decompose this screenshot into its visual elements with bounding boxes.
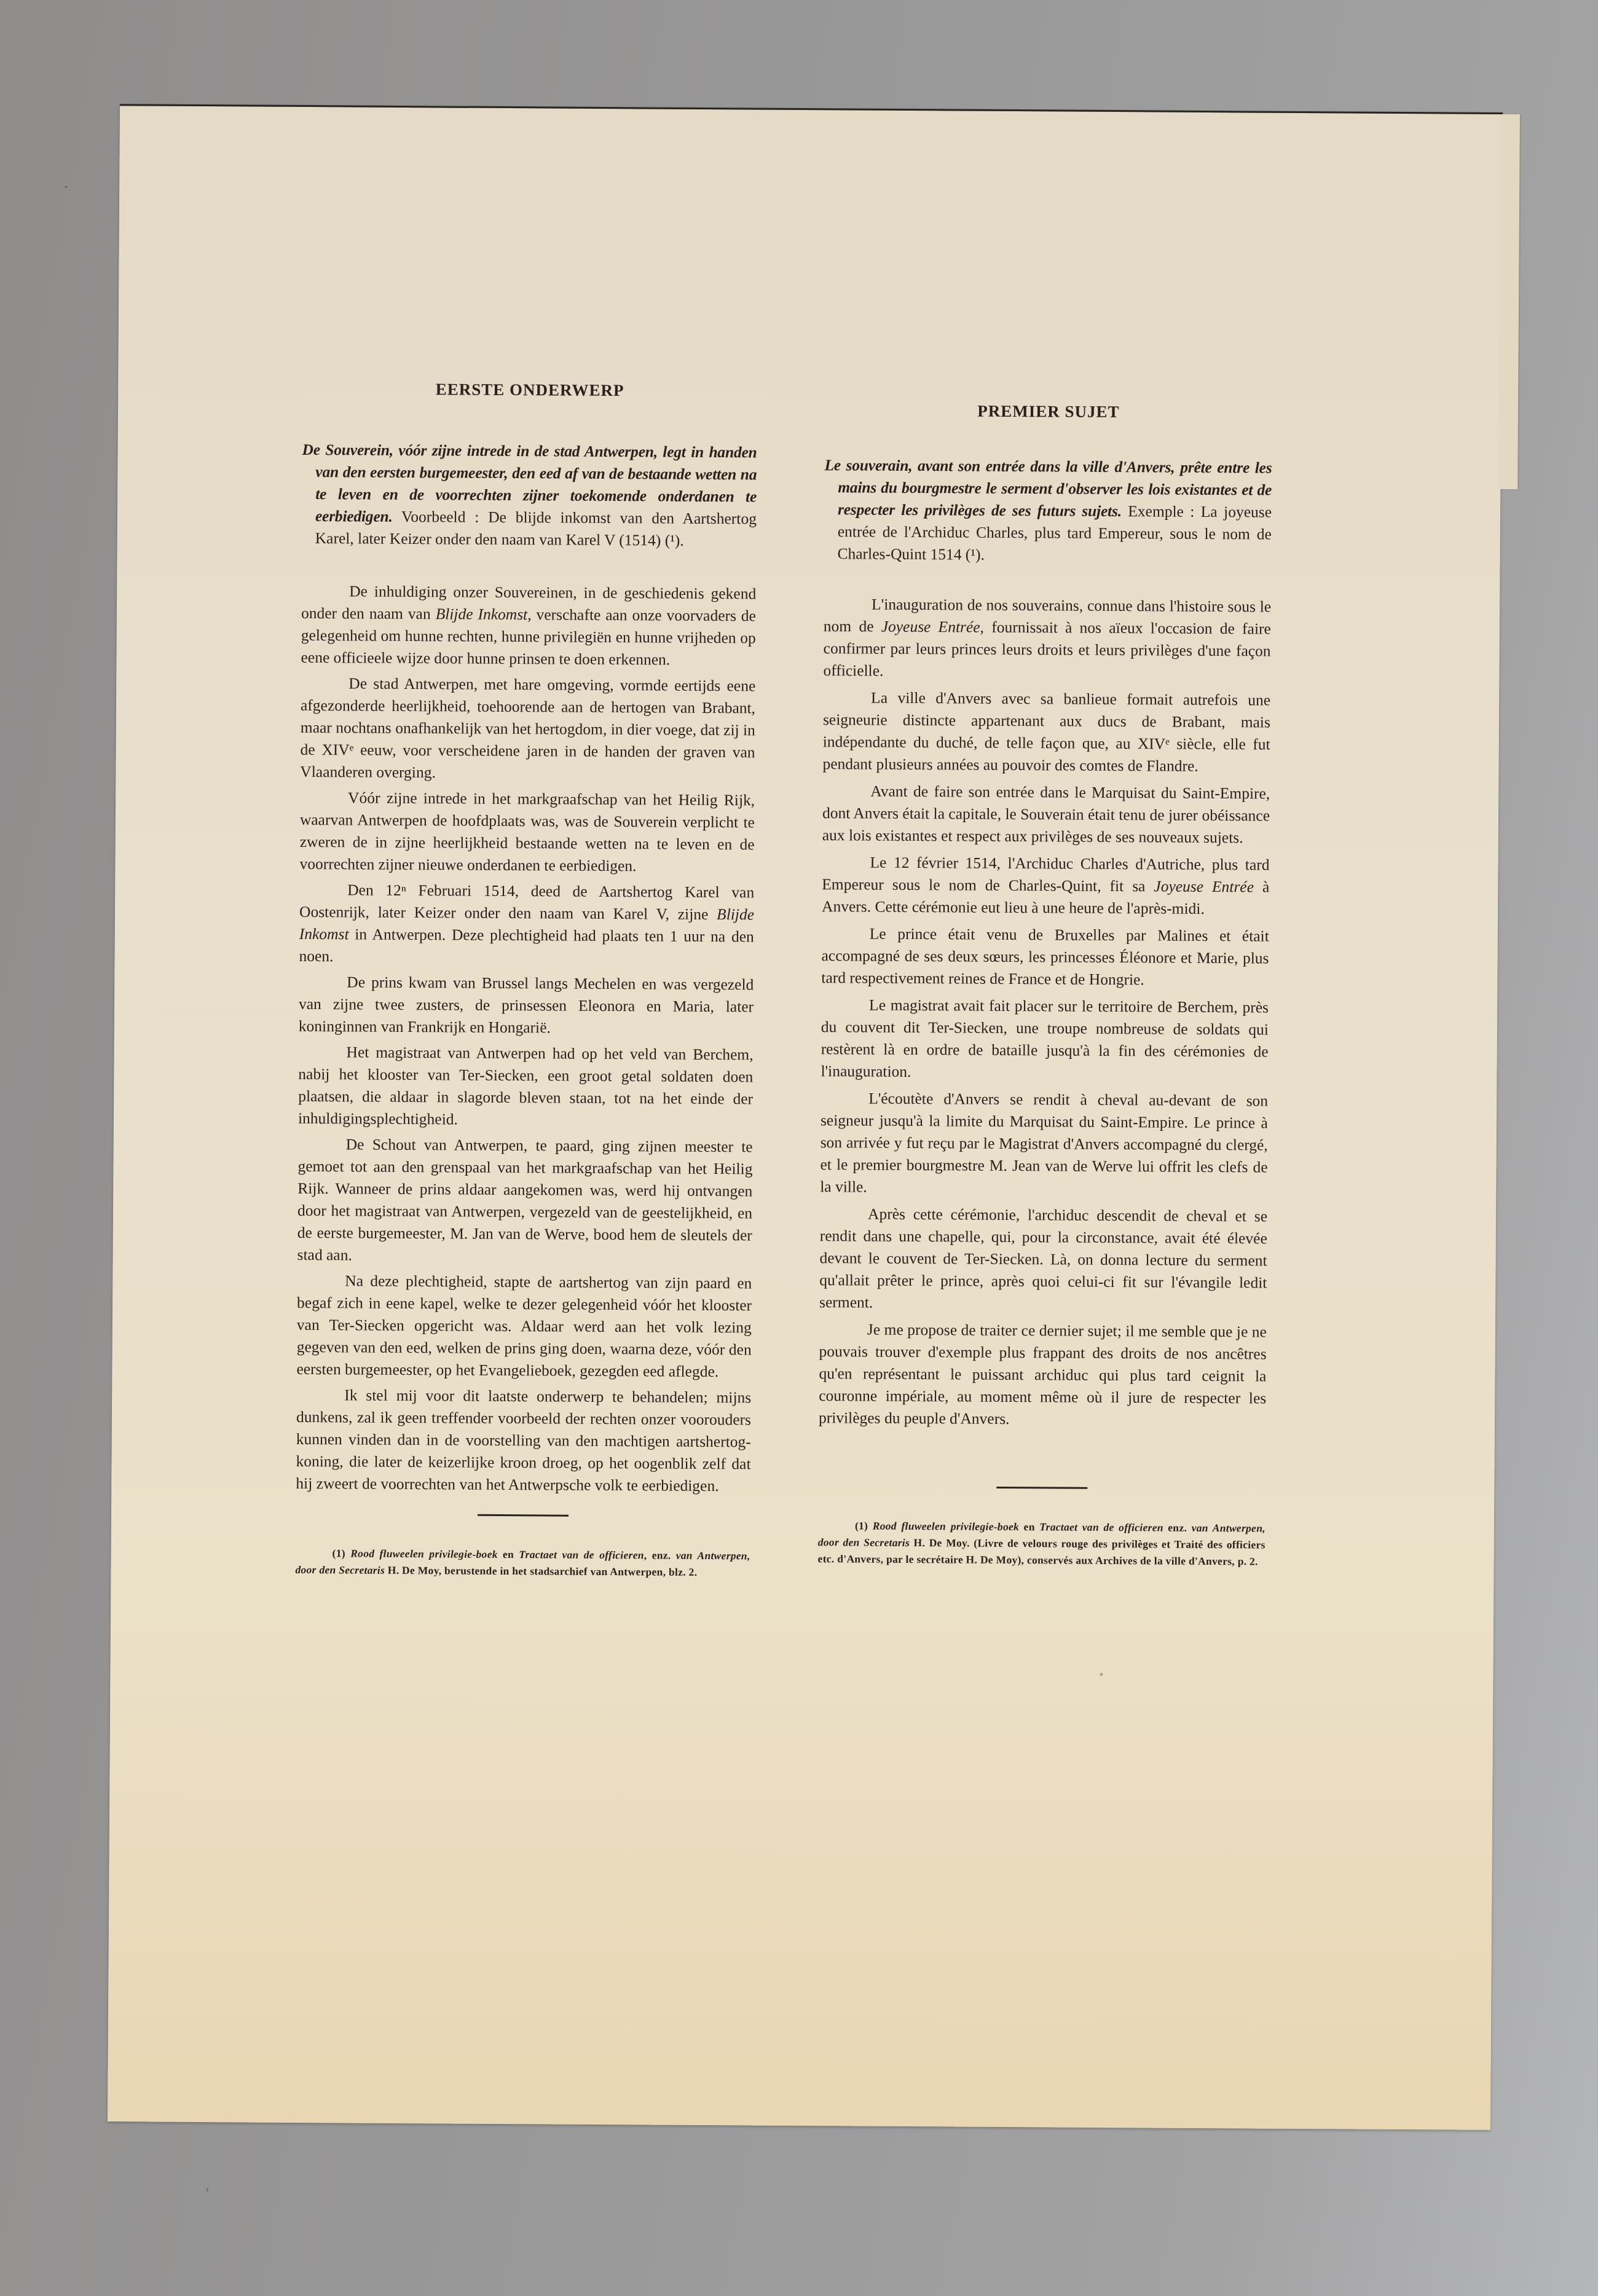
french-paragraph: Le prince était venu de Bruxelles par Ma…: [821, 922, 1269, 991]
dutch-paragraph: De Schout van Antwerpen, te paard, ging …: [297, 1133, 753, 1269]
dutch-paragraph: De inhuldiging onzer Souvereinen, in de …: [301, 580, 756, 672]
french-paragraph: L'inauguration de nos souverains, connue…: [823, 593, 1271, 684]
french-heading: PREMIER SUJET: [825, 399, 1272, 423]
french-paragraph: Avant de faire son entrée dans le Marqui…: [822, 780, 1270, 849]
dutch-paragraph: Na deze plechtigheid, stapte de aartsher…: [296, 1270, 752, 1383]
french-footnote: (1) Rood fluweelen privilegie-boek en Tr…: [818, 1517, 1265, 1570]
dutch-heading: EERSTE ONDERWERP: [302, 377, 757, 403]
french-body: L'inauguration de nos souverains, connue…: [819, 593, 1271, 1436]
dutch-paragraph: Den 12ⁿ Februari 1514, deed de Aartshert…: [299, 879, 754, 970]
french-paragraph: Le magistrat avait fait placer sur le te…: [821, 994, 1269, 1085]
french-paragraph: Le 12 février 1514, l'Archiduc Charles d…: [822, 851, 1270, 920]
dutch-intro: De Souverein, vóór zijne intrede in de s…: [302, 439, 757, 552]
printed-page: EERSTE ONDERWERP De Souverein, vóór zijn…: [108, 104, 1503, 2130]
dutch-paragraph: Ik stel mij voor dit laatste onderwerp t…: [296, 1384, 751, 1498]
french-paragraph: Je me propose de traiter ce dernier suje…: [819, 1318, 1267, 1431]
paper-edge-flap: [1499, 114, 1520, 489]
dutch-paragraph: De stad Antwerpen, met hare omgeving, vo…: [300, 672, 755, 786]
french-intro: Le souverain, avant son entrée dans la v…: [824, 454, 1272, 567]
french-paragraph: La ville d'Anvers avec sa banlieue forma…: [822, 686, 1270, 777]
french-footnote-rule: [996, 1487, 1087, 1489]
paper-speck: [1100, 1673, 1103, 1676]
background-speck: [207, 2188, 208, 2192]
dutch-paragraph: De prins kwam van Brussel langs Mechelen…: [299, 971, 754, 1040]
background-speck: [65, 186, 68, 188]
dutch-footnote: (1) Rood fluweelen privilegie-boek en Tr…: [295, 1545, 750, 1581]
dutch-body: De inhuldiging onzer Souvereinen, in de …: [296, 580, 756, 1497]
french-column: PREMIER SUJET Le souverain, avant son en…: [827, 110, 1274, 112]
dutch-column: EERSTE ONDERWERP De Souverein, vóór zijn…: [304, 107, 759, 110]
dutch-paragraph: Vóór zijne intrede in het markgraafschap…: [299, 787, 755, 878]
dutch-footnote-rule: [478, 1514, 569, 1517]
french-paragraph: Après cette cérémonie, l'archiduc descen…: [819, 1203, 1267, 1316]
french-paragraph: L'écoutète d'Anvers se rendit à cheval a…: [820, 1087, 1268, 1200]
dutch-paragraph: Het magistraat van Antwerpen had op het …: [298, 1041, 754, 1133]
